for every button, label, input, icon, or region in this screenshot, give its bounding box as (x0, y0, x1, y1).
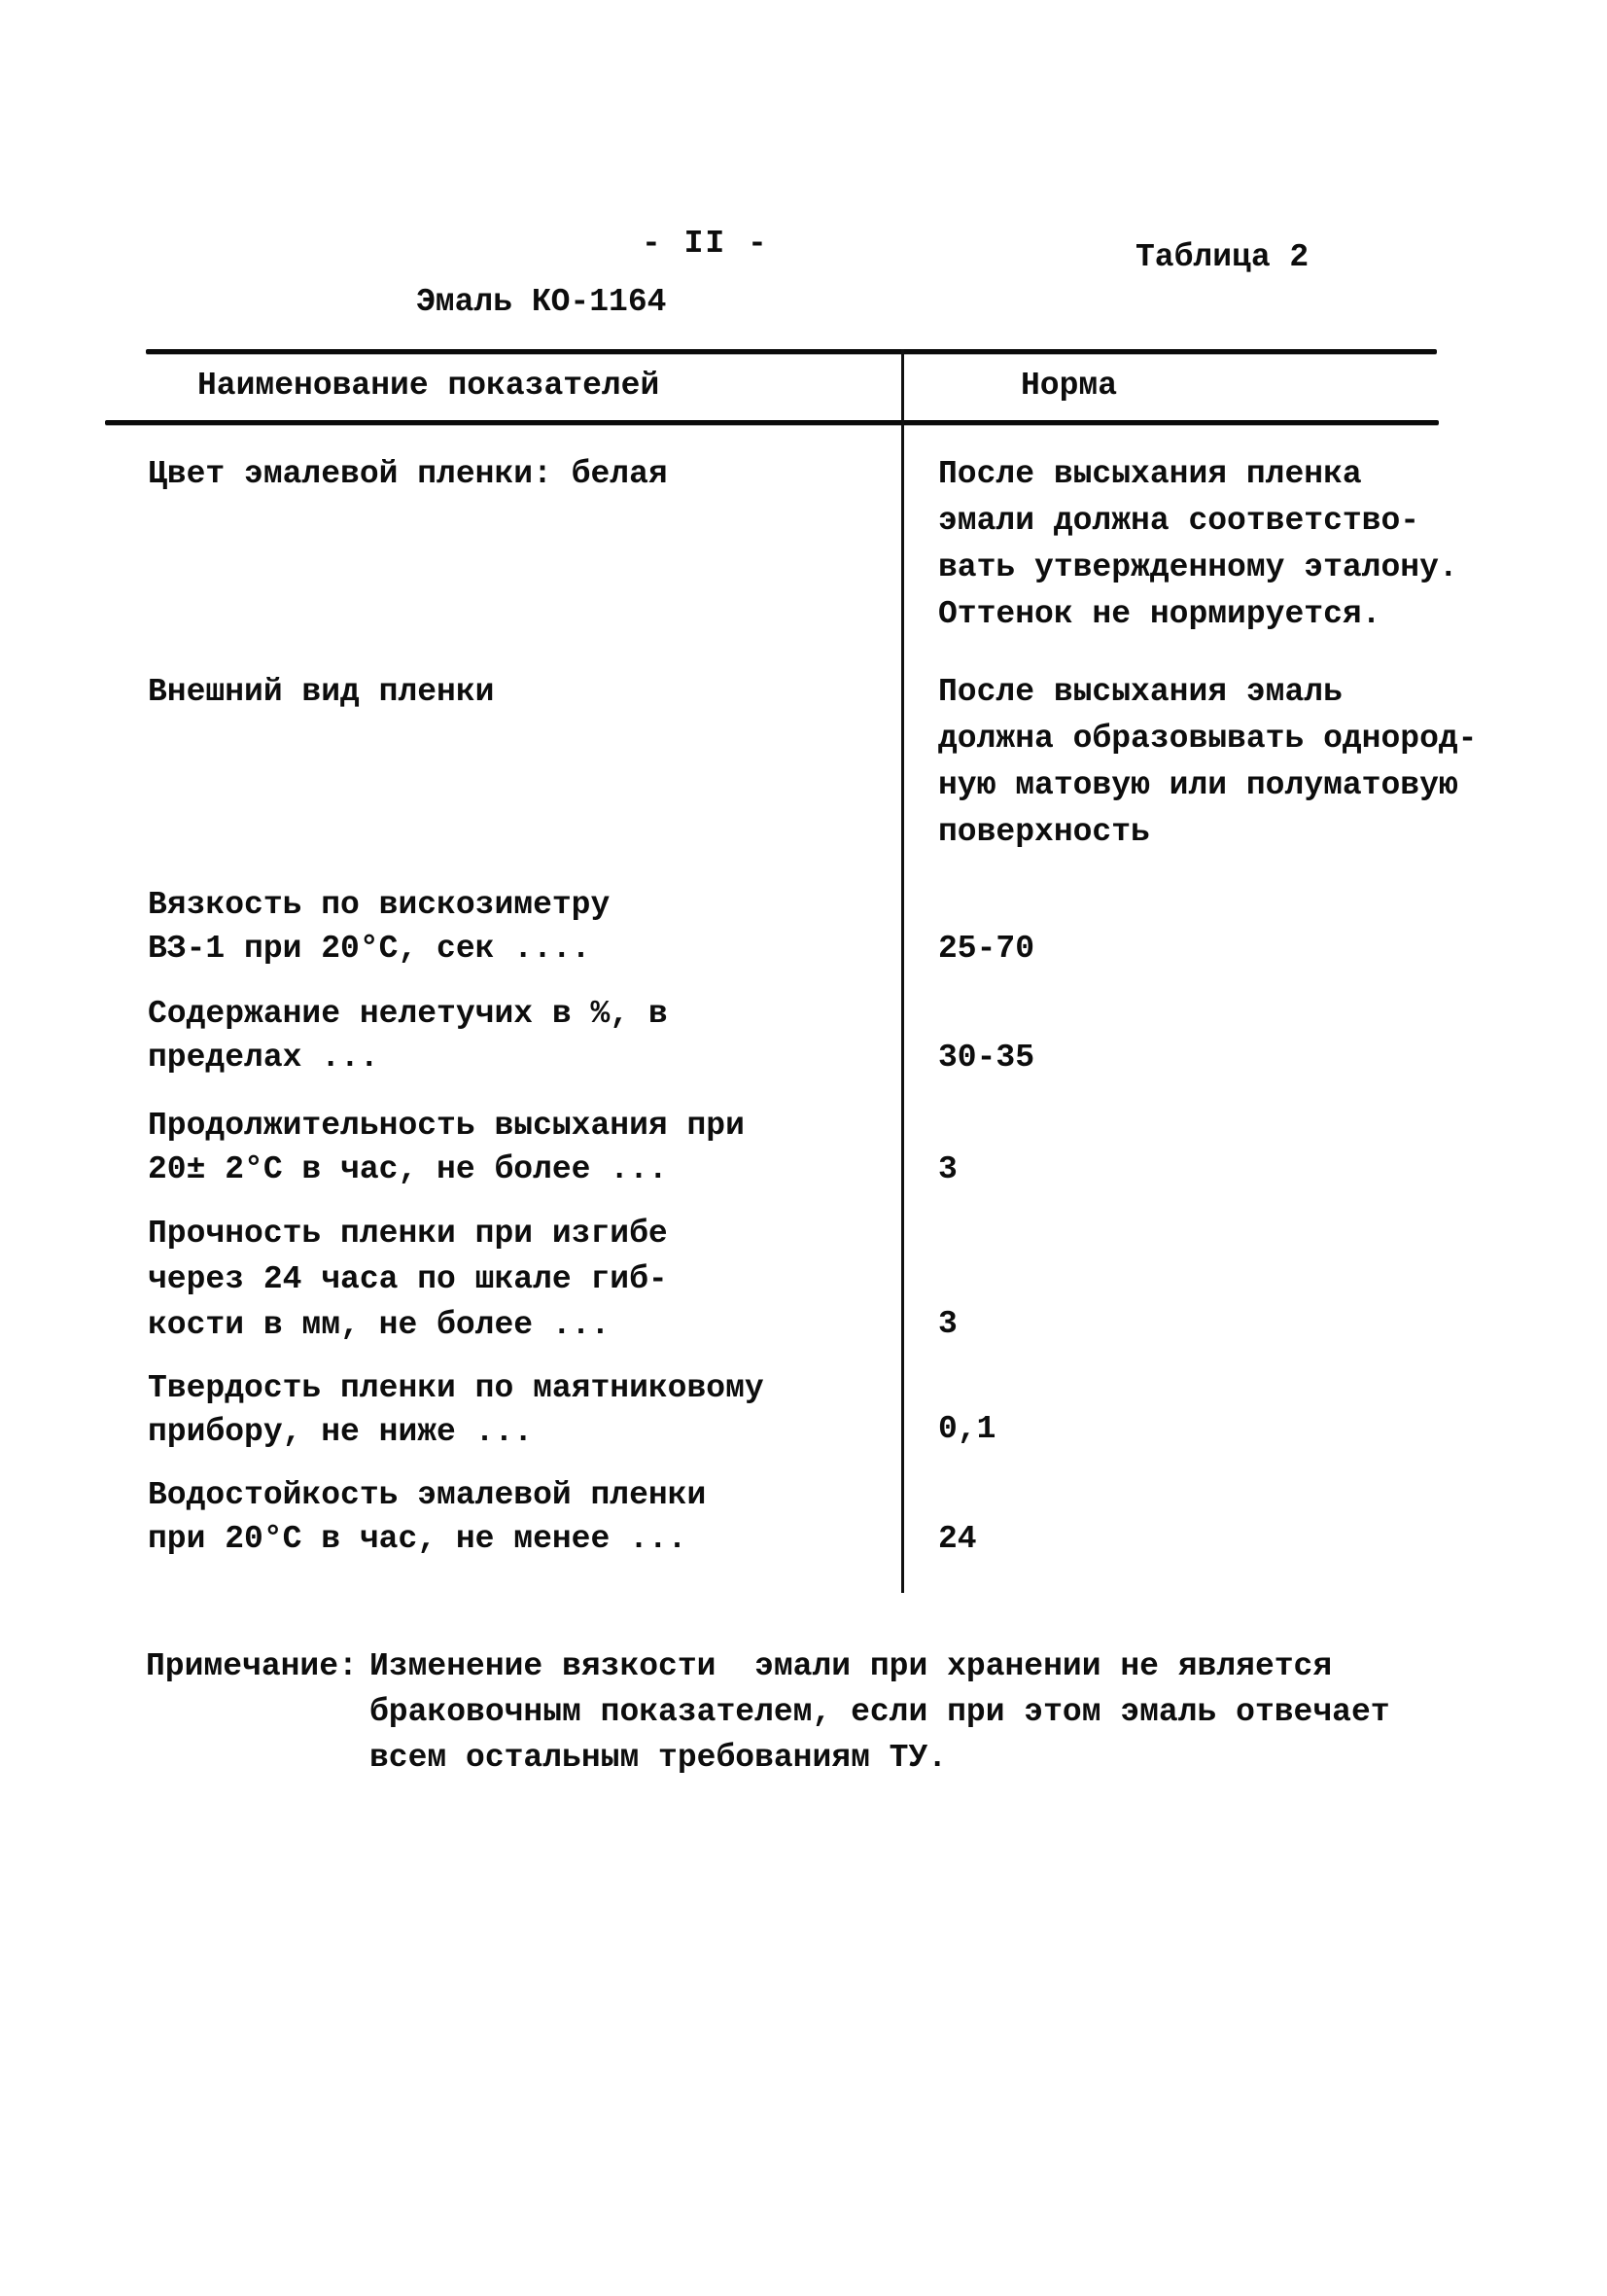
table-row-name: Содержание нелетучих в %, в пределах ... (148, 992, 668, 1079)
table-column-divider (901, 349, 904, 1593)
table-caption: Таблица 2 (1135, 235, 1309, 279)
table-row-name: Вязкость по вискозиметру ВЗ-1 при 20°С, … (148, 883, 610, 971)
table-header-rule (105, 420, 1439, 425)
table-row-norm: 25-70 (938, 927, 1034, 971)
page-number: - II - (642, 222, 769, 265)
note-text: Изменение вязкости эмали при хранении не… (369, 1643, 1390, 1781)
document-title: Эмаль КО-1164 (416, 280, 666, 324)
note-label: Примечание: (146, 1643, 358, 1689)
table-row-norm: После высыхания пленка эмали должна соот… (938, 451, 1458, 638)
table-row-norm: 30-35 (938, 1036, 1034, 1079)
table-row-norm: 3 (938, 1148, 958, 1191)
table-row-name: Внешний вид пленки (148, 669, 494, 716)
table-top-rule (146, 349, 1437, 354)
table-row-norm: 24 (938, 1517, 977, 1561)
table-row-name: Твердость пленки по маятниковому прибору… (148, 1366, 764, 1454)
table-row-norm: 3 (938, 1302, 958, 1346)
column-header-norm: Норма (1021, 364, 1117, 407)
table-row-norm: После высыхания эмаль должна образовыват… (938, 669, 1478, 856)
table-row-name: Цвет эмалевой пленки: белая (148, 451, 668, 498)
table-row-name: Водостойкость эмалевой пленки при 20°С в… (148, 1473, 706, 1561)
table-row-name: Прочность пленки при изгибе через 24 час… (148, 1211, 668, 1348)
column-header-name: Наименование показателей (197, 364, 659, 407)
document-page: - II - Таблица 2 Эмаль КО-1164 Наименова… (0, 0, 1607, 2296)
table-row-norm: 0,1 (938, 1407, 996, 1451)
table-row-name: Продолжительность высыхания при 20± 2°С … (148, 1104, 745, 1191)
